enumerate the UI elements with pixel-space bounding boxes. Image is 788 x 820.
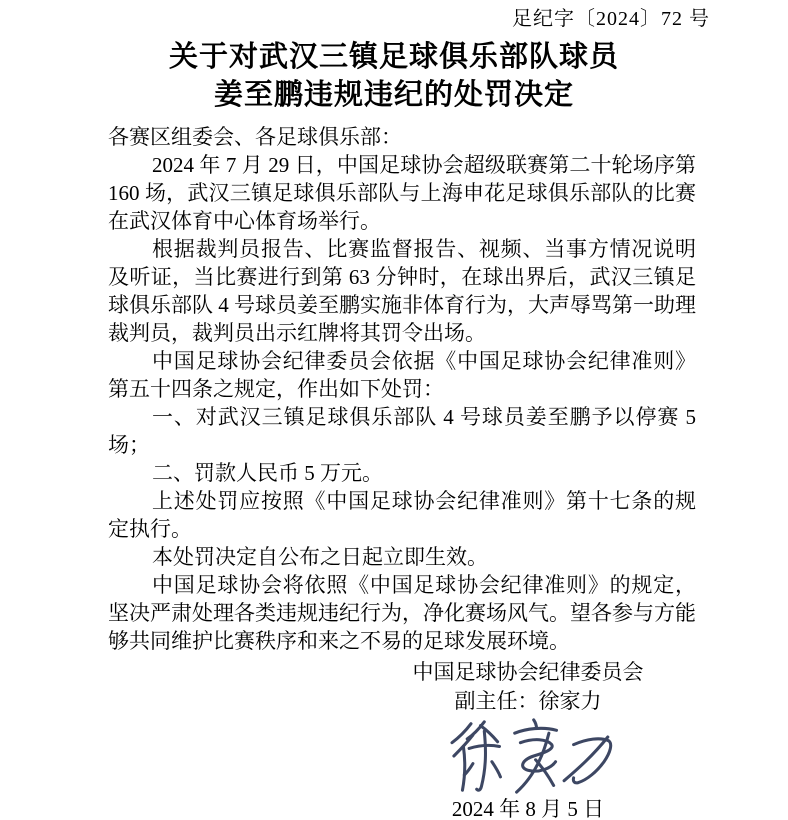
signature-date: 2024 年 8 月 5 日 xyxy=(388,795,668,820)
signature-org: 中国足球协会纪律委员会 xyxy=(388,658,668,687)
paragraph-1: 2024 年 7 月 29 日，中国足球协会超级联赛第二十轮场序第 160 场，… xyxy=(108,151,696,235)
doc-body: 各赛区组委会、各足球俱乐部： 2024 年 7 月 29 日，中国足球协会超级联… xyxy=(108,123,696,655)
signature-signer: 副主任：徐家力 xyxy=(388,687,668,716)
signature-block: 中国足球协会纪律委员会 副主任：徐家力 xyxy=(388,658,668,820)
paragraph-4: 一、对武汉三镇足球俱乐部队 4 号球员姜至鹏予以停赛 5 场； xyxy=(108,403,696,459)
paragraph-2: 根据裁判员报告、比赛监督报告、视频、当事方情况说明及听证，当比赛进行到第 63 … xyxy=(108,235,696,347)
paragraph-3: 中国足球协会纪律委员会依据《中国足球协会纪律准则》第五十四条之规定，作出如下处罚… xyxy=(108,347,696,403)
paragraph-7: 本处罚决定自公布之日起立即生效。 xyxy=(108,543,696,571)
doc-title: 关于对武汉三镇足球俱乐部队球员 姜至鹏违规违纪的处罚决定 xyxy=(0,38,788,114)
paragraph-6: 上述处罚应按照《中国足球协会纪律准则》第十七条的规定执行。 xyxy=(108,487,696,543)
paragraph-8: 中国足球协会将依照《中国足球协会纪律准则》的规定，坚决严肃处理各类违规违纪行为，… xyxy=(108,571,696,655)
doc-title-line-1: 关于对武汉三镇足球俱乐部队球员 xyxy=(0,38,788,76)
handwritten-signature xyxy=(435,718,621,794)
doc-number: 足纪字〔2024〕72 号 xyxy=(0,6,788,32)
paragraph-5: 二、罚款人民币 5 万元。 xyxy=(108,459,696,487)
handwritten-signature-strokes xyxy=(452,720,611,792)
doc-title-line-2: 姜至鹏违规违纪的处罚决定 xyxy=(0,76,788,114)
salutation: 各赛区组委会、各足球俱乐部： xyxy=(108,123,696,151)
document-page: 足纪字〔2024〕72 号 关于对武汉三镇足球俱乐部队球员 姜至鹏违规违纪的处罚… xyxy=(0,0,788,820)
